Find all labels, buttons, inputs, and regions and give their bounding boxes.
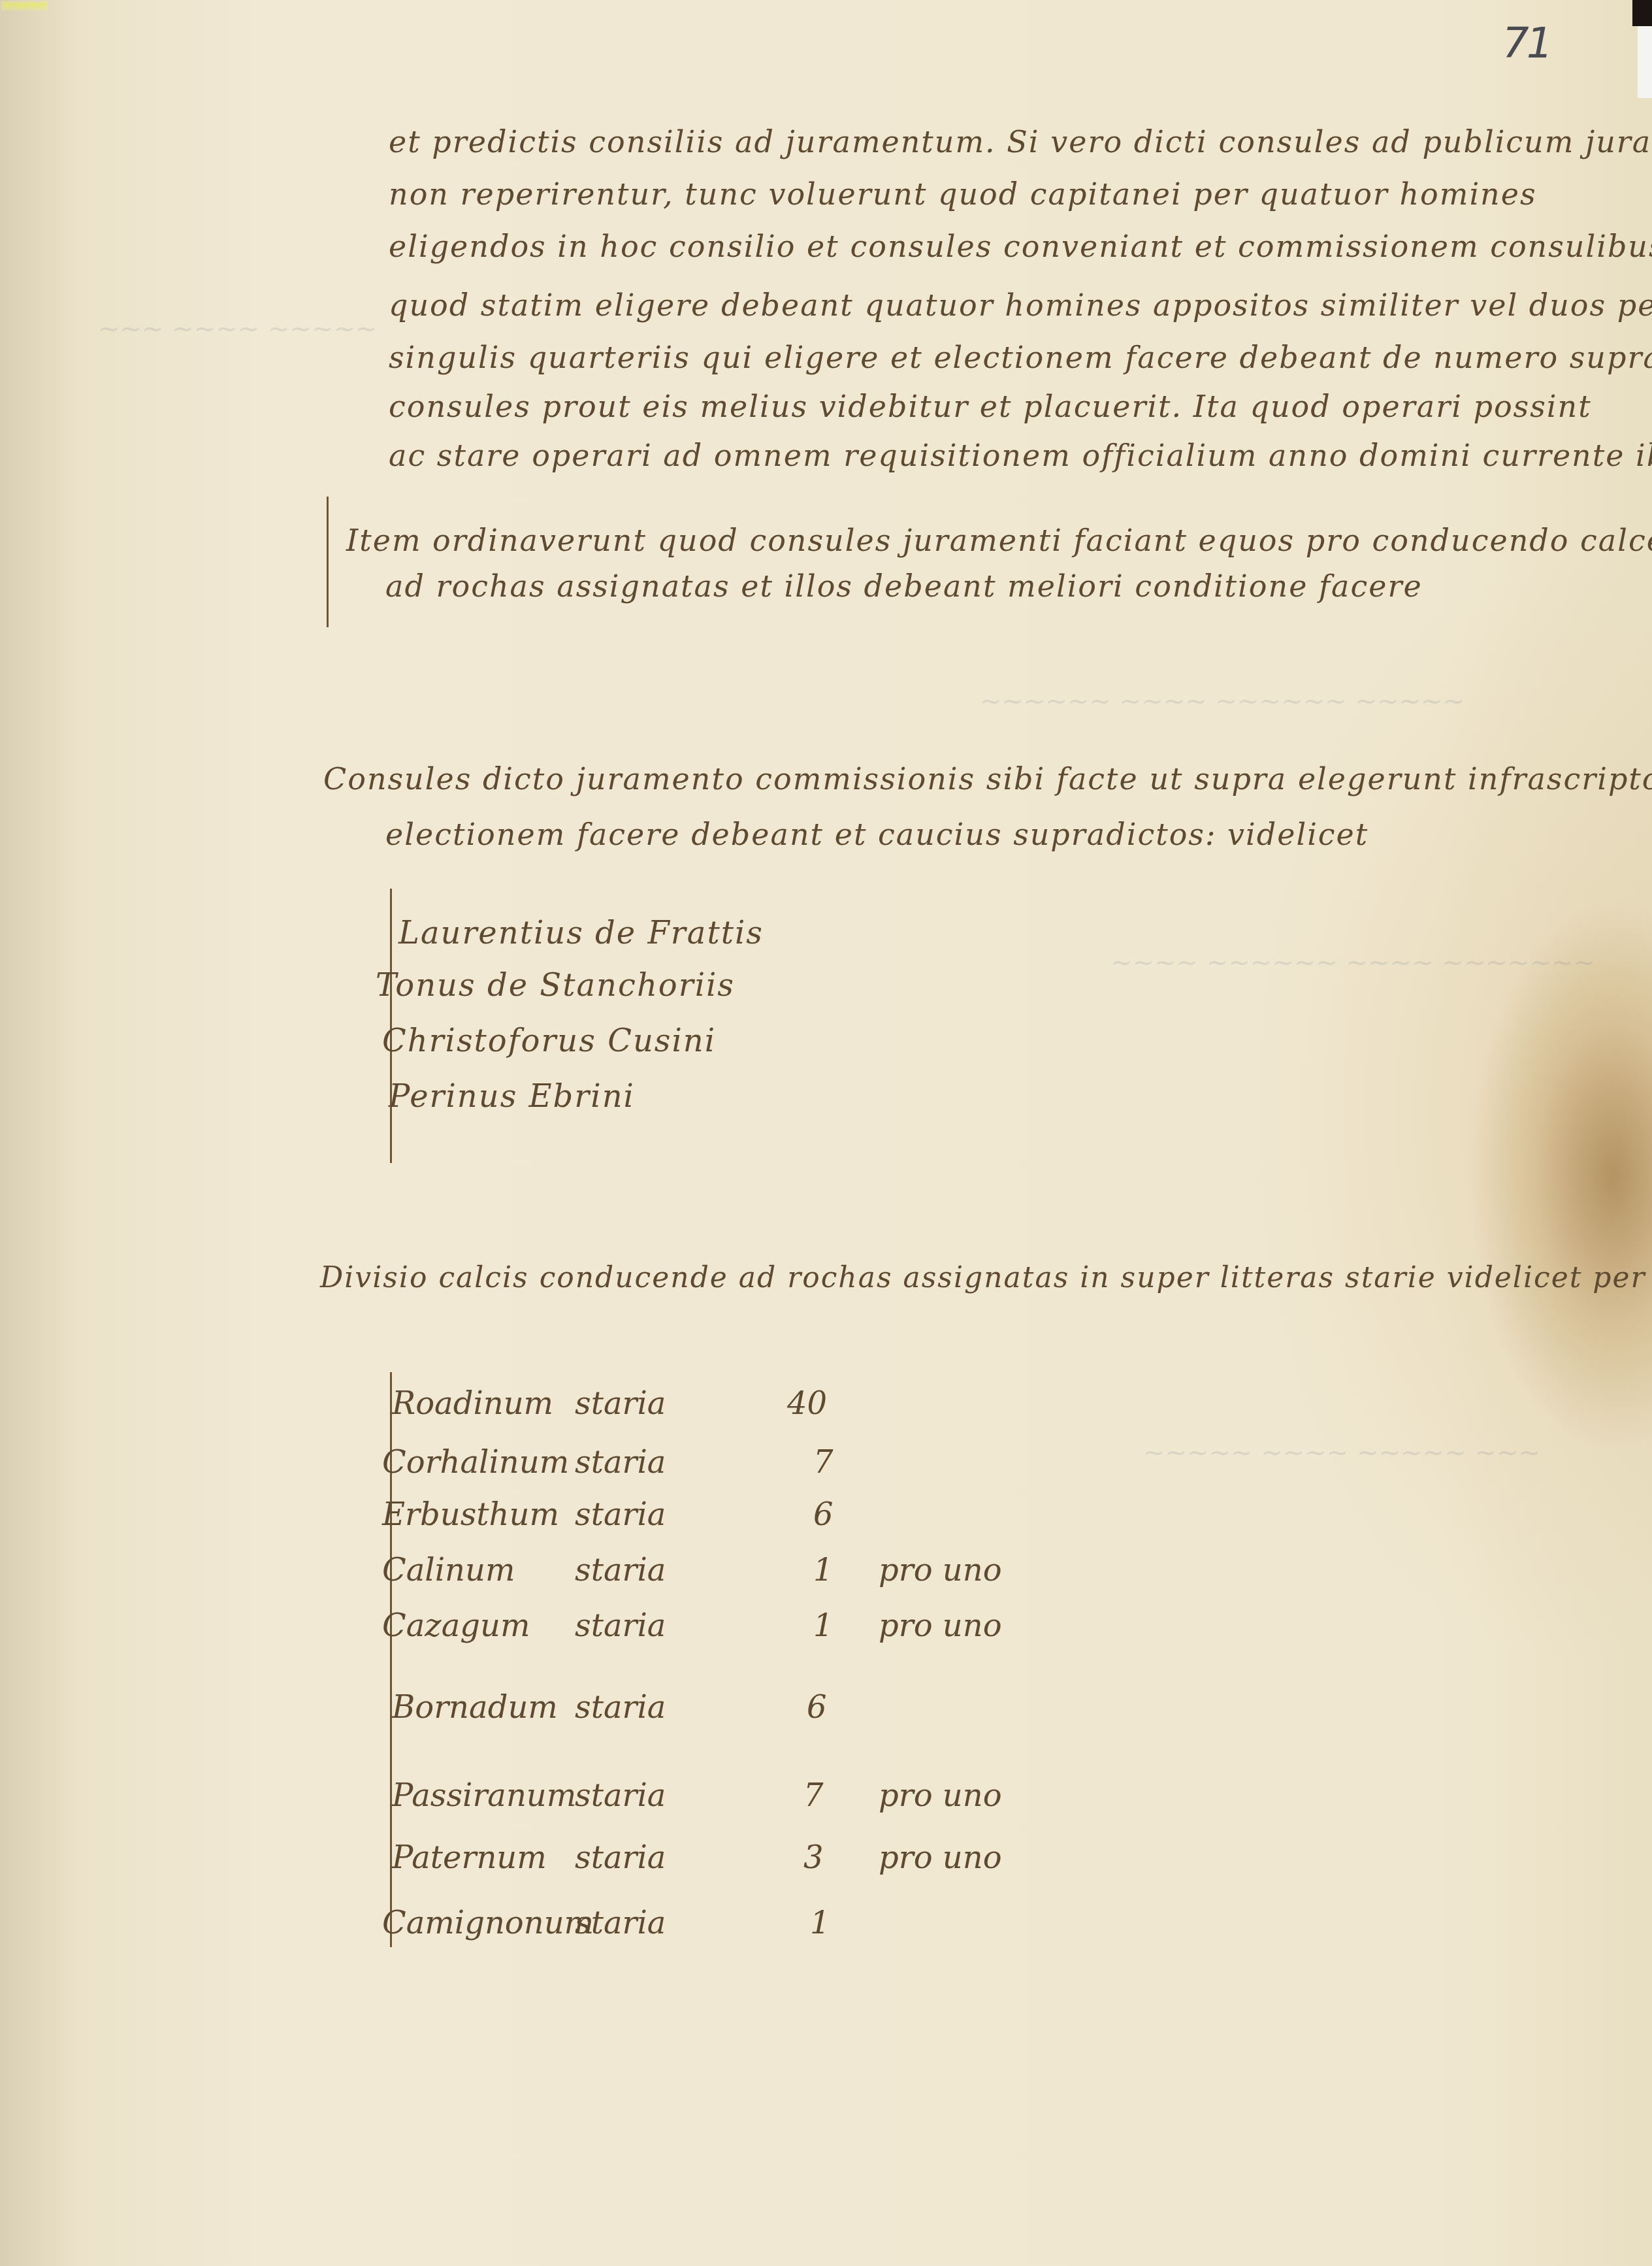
district-cell: Camignonum xyxy=(382,1905,594,1941)
text-line: eligendos in hoc consilio et consules co… xyxy=(389,229,1652,264)
district-cell: Cazagum xyxy=(382,1607,530,1644)
note-cell: pro uno xyxy=(879,1552,1002,1588)
manuscript-page: Unregistered 71 ~~~ ~~~~ ~~~~~ ~~~~~~ ~~… xyxy=(0,0,1652,2266)
unit-cell: staria xyxy=(575,1444,666,1481)
district-cell: Corhalinum xyxy=(382,1444,569,1481)
text-line: Item ordinaverunt quod consules jurament… xyxy=(346,523,1652,558)
unit-cell: staria xyxy=(575,1689,666,1726)
district-cell: Erbusthum xyxy=(382,1496,559,1533)
text-line: non reperirentur, tunc voluerunt quod ca… xyxy=(389,176,1537,212)
text-line: consules prout eis melius videbitur et p… xyxy=(389,389,1592,424)
text-line: ad rochas assignatas et illos debeant me… xyxy=(385,568,1423,604)
district-cell: Roadinum xyxy=(392,1385,553,1422)
count-cell: 6 xyxy=(807,1689,827,1726)
count-cell: 7 xyxy=(803,1777,824,1814)
unit-cell: staria xyxy=(575,1777,666,1814)
text-line: quod statim eligere debeant quatuor homi… xyxy=(389,287,1652,323)
unit-cell: staria xyxy=(575,1496,666,1533)
show-through-text: ~~~ ~~~~ ~~~~~ xyxy=(98,314,378,344)
text-line: Consules dicto juramento commissionis si… xyxy=(323,761,1652,796)
list-item: Tonus de Stanchoriis xyxy=(376,967,735,1004)
watermark-label: Unregistered xyxy=(1,1,48,10)
note-cell: pro uno xyxy=(879,1607,1002,1644)
text-line: electionem facere debeant et caucius sup… xyxy=(385,817,1369,852)
heading-text: Divisio calcis conducende ad rochas assi… xyxy=(320,1261,1652,1294)
scan-background-corner xyxy=(1632,0,1652,26)
scan-background-edge xyxy=(1638,26,1652,98)
count-cell: 3 xyxy=(803,1839,824,1876)
district-cell: Calinum xyxy=(382,1552,515,1588)
district-cell: Bornadum xyxy=(392,1689,558,1726)
text-line: ac stare operari ad omnem requisitionem … xyxy=(389,438,1652,473)
count-cell: 40 xyxy=(787,1385,827,1422)
list-item: Laurentius de Frattis xyxy=(398,915,764,951)
count-cell: 1 xyxy=(813,1552,834,1588)
note-cell: pro uno xyxy=(879,1839,1002,1876)
unit-cell: staria xyxy=(575,1552,666,1588)
list-item: Christoforus Cusini xyxy=(382,1023,716,1059)
count-cell: 1 xyxy=(813,1607,834,1644)
paragraph-mark xyxy=(327,497,329,627)
show-through-text: ~~~~~ ~~~~ ~~~~~ ~~~ xyxy=(1143,1437,1540,1468)
count-cell: 1 xyxy=(810,1905,830,1941)
district-cell: Passiranum xyxy=(392,1777,576,1814)
unit-cell: staria xyxy=(575,1905,666,1941)
count-cell: 7 xyxy=(813,1444,834,1481)
show-through-text: ~~~~~~ ~~~~ ~~~~~~ ~~~~~ xyxy=(980,686,1465,716)
count-cell: 6 xyxy=(813,1496,834,1533)
unit-cell: staria xyxy=(575,1385,666,1422)
show-through-text: ~~~~ ~~~~~~ ~~~~ ~~~~~~~ xyxy=(1110,947,1595,977)
note-cell: pro uno xyxy=(879,1777,1002,1814)
district-cell: Paternum xyxy=(392,1839,547,1876)
text-line: singulis quarteriis qui eligere et elect… xyxy=(389,340,1652,375)
unit-cell: staria xyxy=(575,1607,666,1644)
folio-number: 71 xyxy=(1502,20,1550,68)
unit-cell: staria xyxy=(575,1839,666,1876)
list-item: Perinus Ebrini xyxy=(389,1078,635,1115)
text-line: et predictis consiliis ad juramentum. Si… xyxy=(389,124,1652,159)
